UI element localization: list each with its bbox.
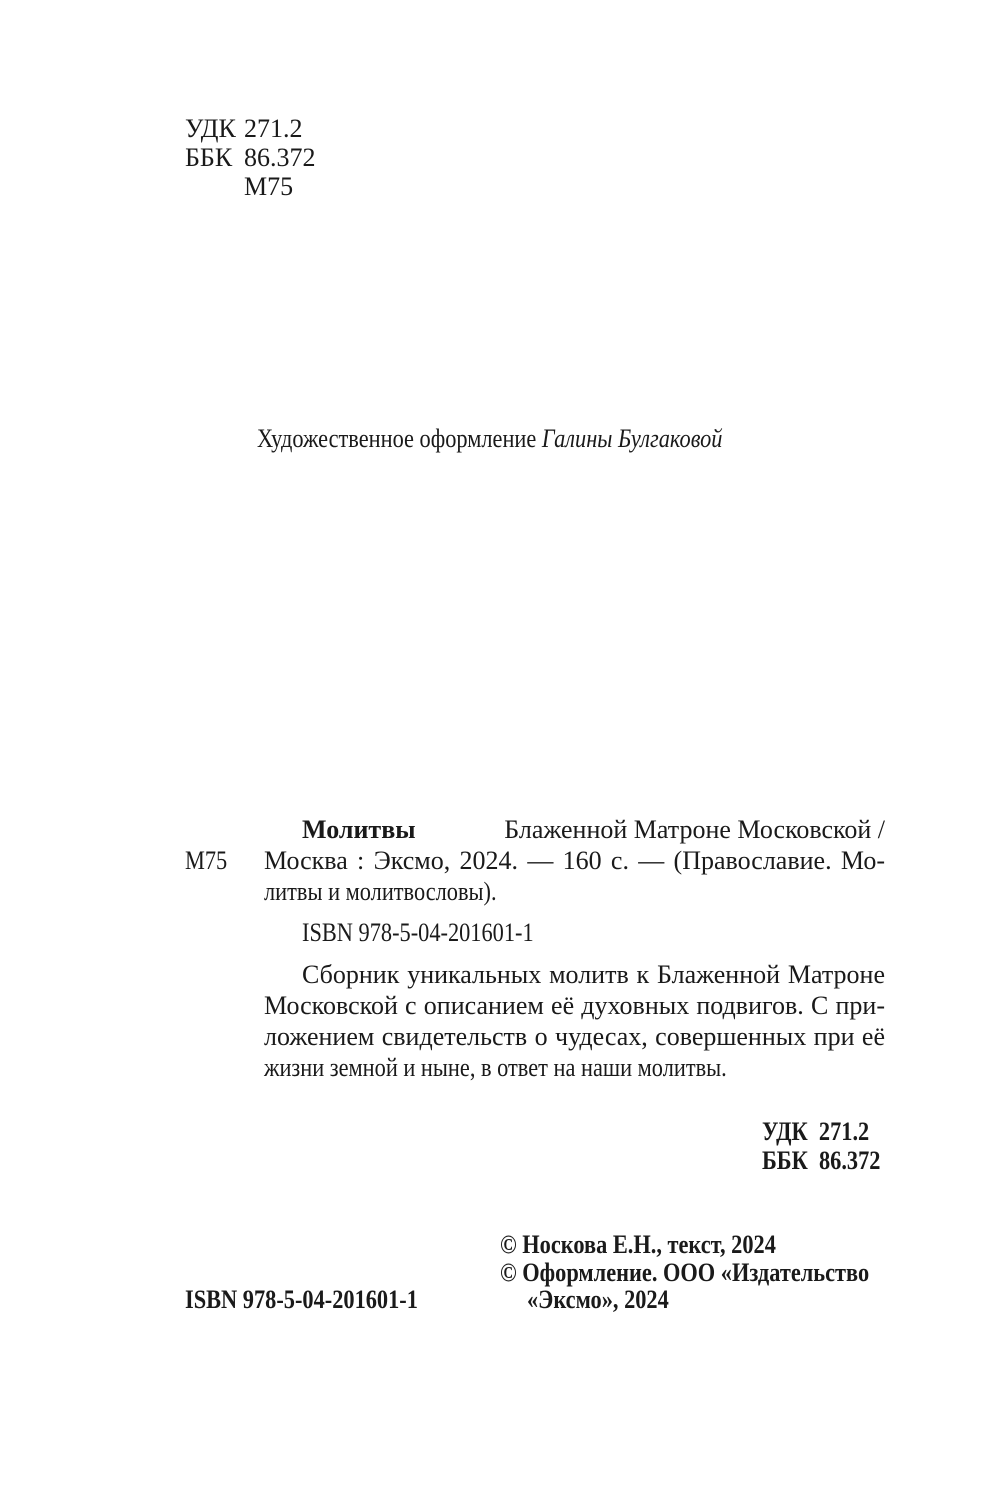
copyright-text: © Носкова Е.Н., текст, 2024	[500, 1230, 776, 1260]
record-line-2: Москва : Эксмо, 2024. — 160 с. — (Правос…	[264, 846, 885, 876]
book-title: Молитвы	[302, 815, 416, 845]
author-mark: М75	[244, 172, 293, 202]
record-author-mark: М75	[185, 846, 227, 876]
record-line-1-rest: Блаженной Матроне Московской /	[426, 815, 885, 845]
design-credit-prefix: Художественное оформление	[257, 424, 536, 453]
udk-value: 271.2	[244, 114, 303, 144]
bottom-bbk: ББК 86.372	[762, 1146, 880, 1176]
record-isbn: ISBN 978-5-04-201601-1	[302, 918, 534, 948]
design-credit: Художественное оформление Галины Булгако…	[257, 424, 722, 454]
copyright-design-cont: «Эксмо», 2024	[527, 1285, 669, 1315]
record-line-3: литвы и молитвословы).	[264, 877, 497, 907]
annotation-line-2: Московской с описанием её духовных подви…	[264, 991, 885, 1021]
footer-isbn: ISBN 978-5-04-201601-1	[185, 1285, 418, 1315]
copyright-design: © Оформление. ООО «Издательство	[500, 1258, 869, 1288]
annotation-line-4: жизни земной и ныне, в ответ на наши мол…	[264, 1053, 727, 1083]
annotation-line-1: Сборник уникальных молитв к Блаженной Ма…	[302, 960, 885, 990]
bottom-udk: УДК 271.2	[762, 1117, 869, 1147]
design-credit-name: Галины Булгаковой	[542, 424, 723, 453]
annotation-line-3: ложением свидетельств о чудесах, соверше…	[264, 1022, 885, 1052]
bbk-label: ББК	[185, 143, 232, 173]
bbk-value: 86.372	[244, 143, 316, 173]
udk-label: УДК	[185, 114, 236, 144]
record-line-1: Молитвы Блаженной Матроне Московской /	[302, 815, 885, 845]
